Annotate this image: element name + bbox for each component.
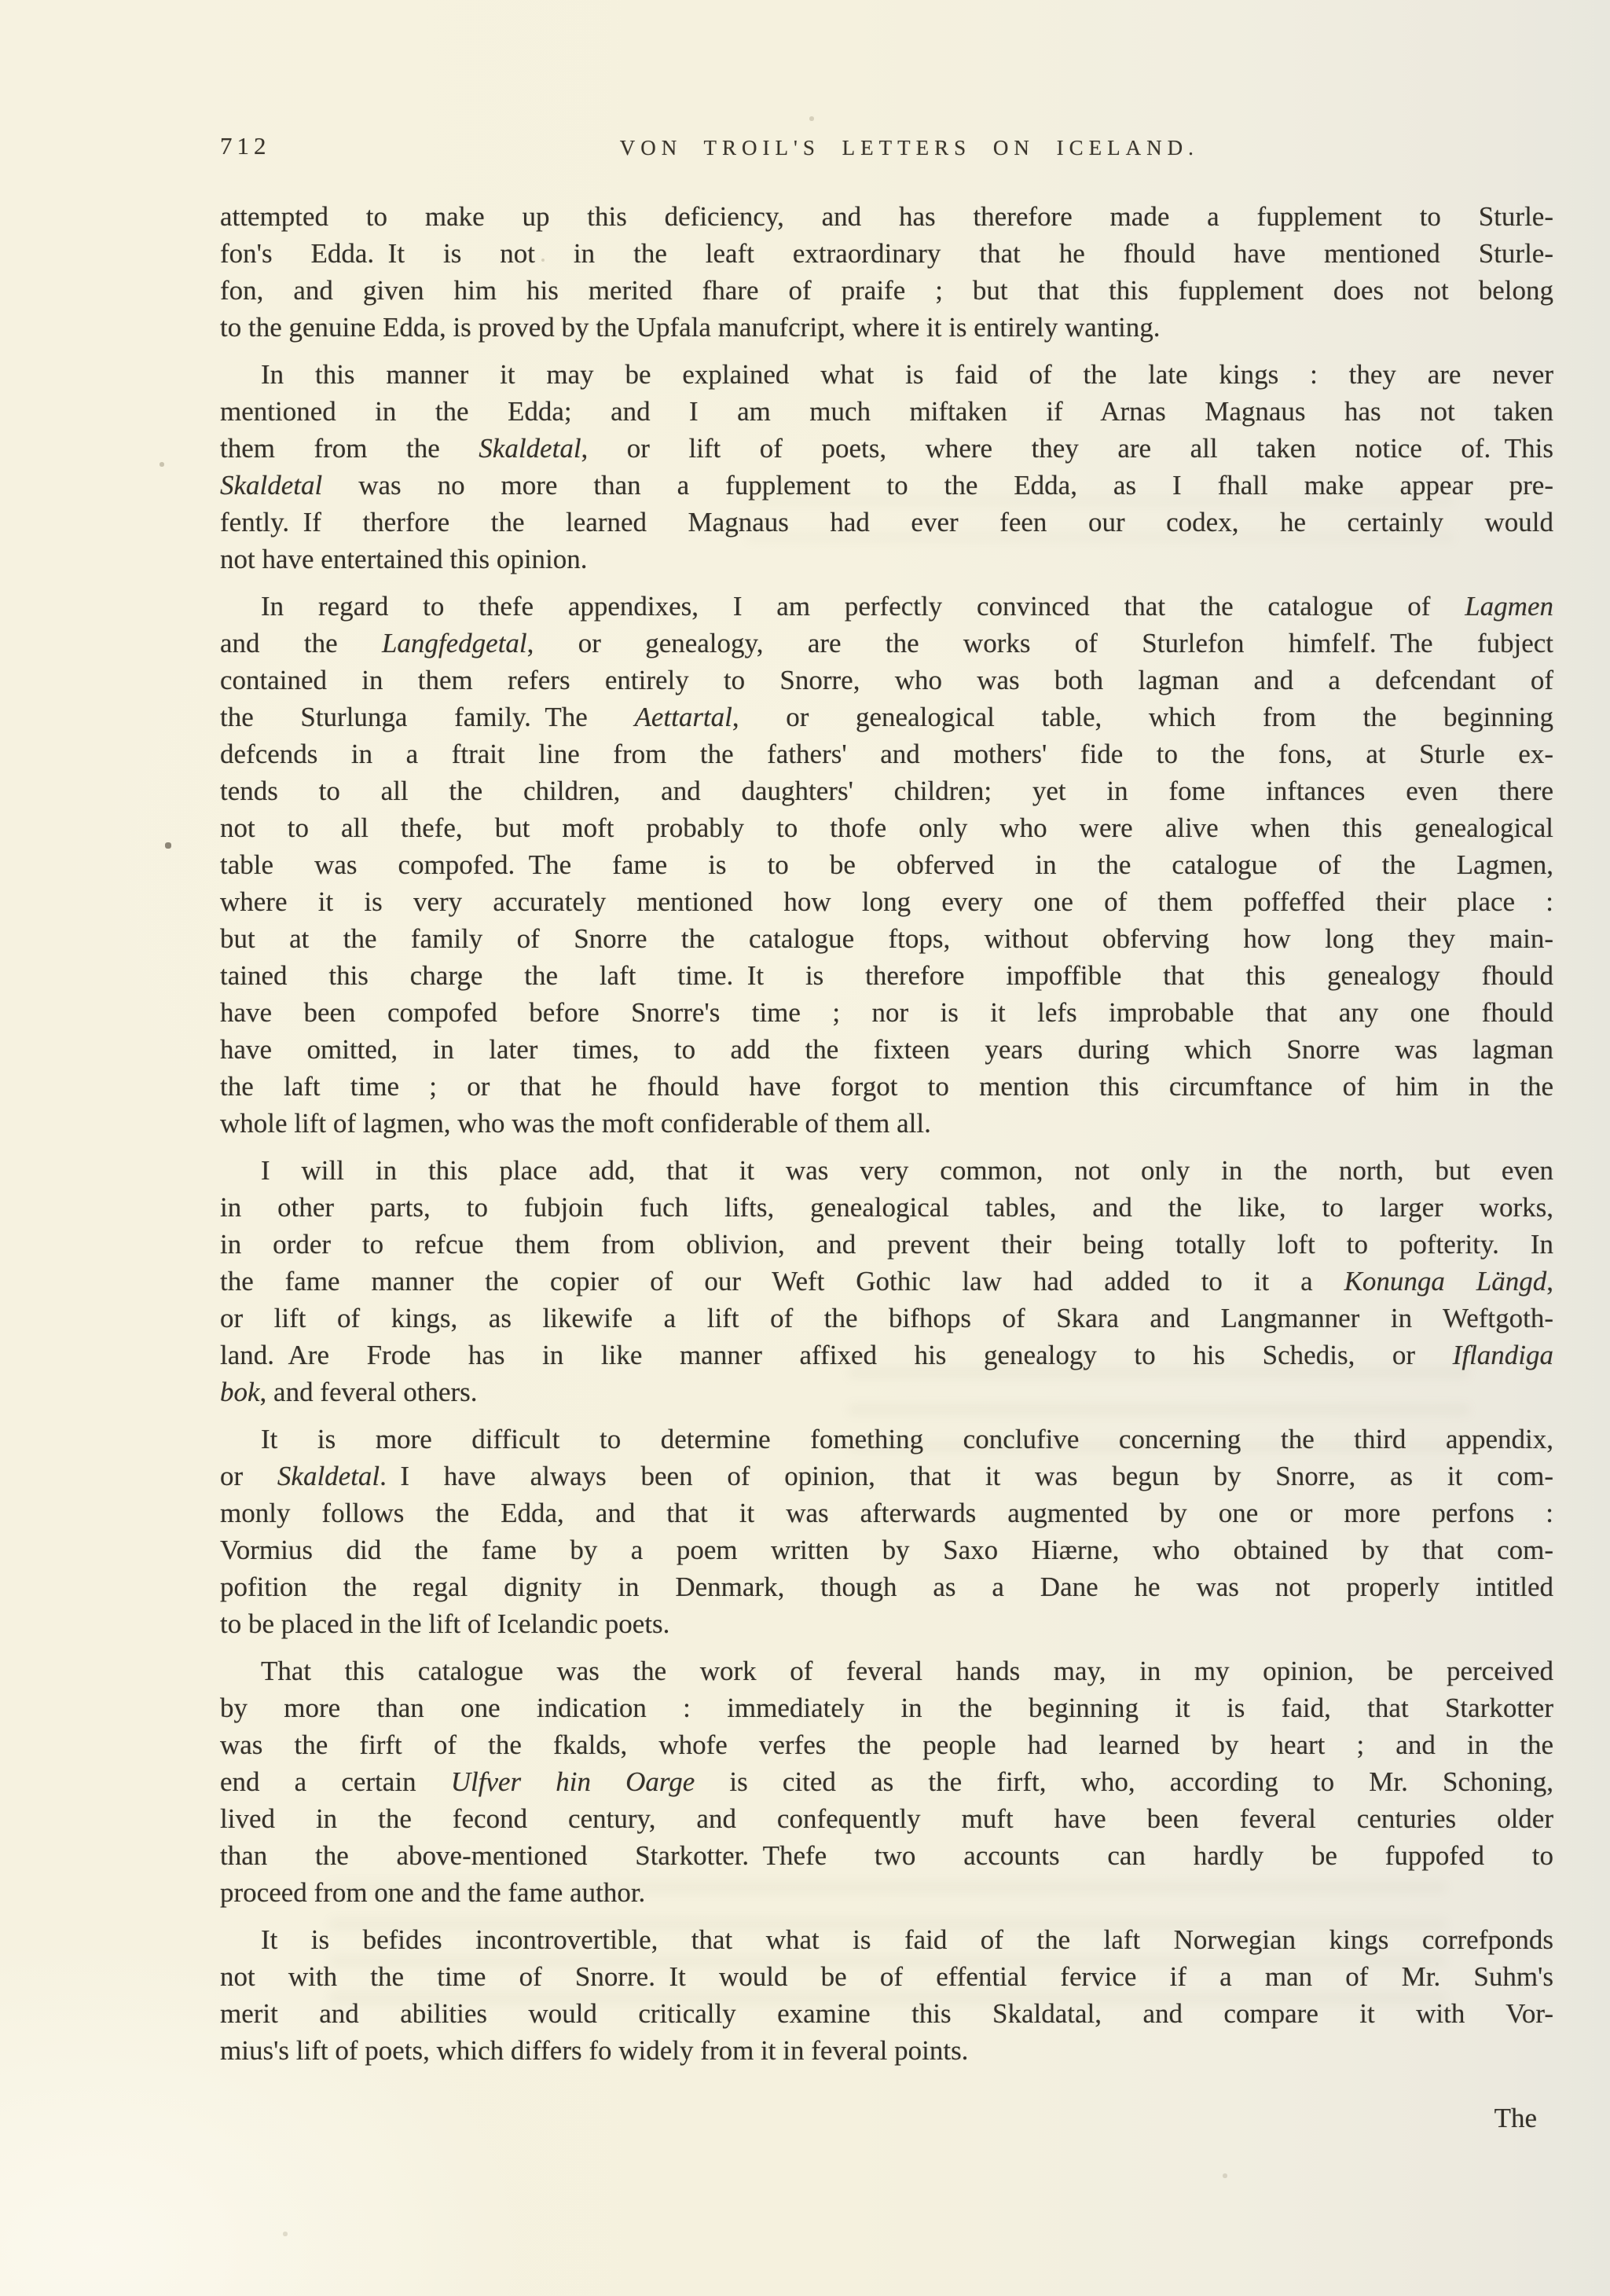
text-line: whole lift of lagmen, who was the moft c…: [220, 1105, 1553, 1142]
text-segment: where it is very accurately mentioned ho…: [220, 886, 1553, 917]
text-segment: contained in them refers entirely to Sno…: [220, 665, 1553, 695]
text-segment: to the genuine Edda, is proved by the Up…: [220, 312, 1160, 343]
text-segment: It is befides incontrovertible, that wha…: [261, 1924, 1553, 1955]
text-line: have omitted, in later times, to add the…: [220, 1031, 1553, 1068]
text-segment: , and feveral others.: [260, 1377, 478, 1407]
text-segment: mius's lift of poets, which differs fo w…: [220, 2035, 968, 2066]
paragraph: It is befides incontrovertible, that wha…: [220, 1921, 1553, 2069]
text-segment: , or genealogy, are the works of Sturlef…: [527, 628, 1553, 658]
text-line: in other parts, to fubjoin fuch lifts, g…: [220, 1189, 1553, 1226]
text-line: to the genuine Edda, is proved by the Up…: [220, 309, 1553, 346]
text-segment: the Sturlunga family. The: [220, 702, 634, 732]
text-segment: defcends in a ftrait line from the fathe…: [220, 739, 1553, 769]
text-segment: fon, and given him his merited fhare of …: [220, 275, 1553, 306]
text-segment: end a certain: [220, 1766, 451, 1797]
italic-text-segment: Skaldetal: [277, 1461, 380, 1491]
text-line: than the above-mentioned Starkotter. The…: [220, 1837, 1553, 1874]
text-line: I will in this place add, that it was ve…: [220, 1152, 1553, 1189]
book-page-scan: 712 VON TROIL'S LETTERS ON ICELAND. atte…: [0, 0, 1610, 2296]
text-segment: the fame manner the copier of our Weft G…: [220, 1266, 1344, 1297]
paragraph: That this catalogue was the work of feve…: [220, 1652, 1553, 1911]
text-segment: or: [220, 1461, 277, 1491]
text-line: them from the Skaldetal, or lift of poet…: [220, 430, 1553, 467]
text-block: attempted to make up this deficiency, an…: [220, 198, 1553, 2069]
text-segment: have been compofed before Snorre's time …: [220, 997, 1553, 1028]
text-segment: but at the family of Snorre the catalogu…: [220, 923, 1553, 954]
text-line: the laft time ; or that he fhould have f…: [220, 1068, 1553, 1105]
text-segment: in other parts, to fubjoin fuch lifts, g…: [220, 1192, 1553, 1223]
text-segment: I will in this place add, that it was ve…: [261, 1155, 1553, 1186]
text-line: monly follows the Edda, and that it was …: [220, 1495, 1553, 1531]
catchword: The: [1494, 2103, 1537, 2134]
italic-text-segment: Iflandiga: [1453, 1340, 1553, 1370]
paragraph: In this manner it may be explained what …: [220, 356, 1553, 578]
text-segment: proceed from one and the fame author.: [220, 1877, 645, 1908]
paragraph: I will in this place add, that it was ve…: [220, 1152, 1553, 1410]
text-segment: by more than one indication : immediatel…: [220, 1693, 1553, 1723]
text-segment: In regard to thefe appendixes, I am perf…: [261, 591, 1465, 622]
text-line: or lift of kings, as likewife a lift of …: [220, 1300, 1553, 1337]
paragraph: It is more difficult to determine fometh…: [220, 1421, 1553, 1642]
text-line: to be placed in the lift of Icelandic po…: [220, 1605, 1553, 1642]
italic-text-segment: Skaldetal: [479, 433, 581, 464]
text-line: lived in the fecond century, and confequ…: [220, 1800, 1553, 1837]
italic-text-segment: bok: [220, 1377, 260, 1407]
text-segment: not to all thefe, but moft probably to t…: [220, 812, 1553, 843]
text-segment: . I have always been of opinion, that it…: [380, 1461, 1553, 1491]
text-line: in order to refcue them from oblivion, a…: [220, 1226, 1553, 1263]
text-segment: monly follows the Edda, and that it was …: [220, 1498, 1553, 1528]
text-line: In regard to thefe appendixes, I am perf…: [220, 588, 1553, 625]
text-segment: fon's Edda. It is not in the leaft extra…: [220, 238, 1553, 269]
text-segment: was the firft of the fkalds, whofe verfe…: [220, 1729, 1553, 1760]
text-line: have been compofed before Snorre's time …: [220, 994, 1553, 1031]
italic-text-segment: Lagmen: [1465, 591, 1553, 622]
text-line: In this manner it may be explained what …: [220, 356, 1553, 393]
text-line: fently. If therfore the learned Magnaus …: [220, 504, 1553, 541]
text-line: proceed from one and the fame author.: [220, 1874, 1553, 1911]
italic-text-segment: Ulfver hin Oarge: [451, 1766, 695, 1797]
text-line: attempted to make up this deficiency, an…: [220, 198, 1553, 235]
text-line: land. Are Frode has in like manner affix…: [220, 1337, 1553, 1374]
text-segment: in order to refcue them from oblivion, a…: [220, 1229, 1553, 1260]
italic-text-segment: Skaldetal: [220, 470, 322, 501]
text-segment: ,: [1546, 1266, 1553, 1297]
text-segment: lived in the fecond century, and confequ…: [220, 1803, 1553, 1834]
page-number: 712: [220, 132, 271, 160]
text-segment: merit and abilities would critically exa…: [220, 1998, 1553, 2029]
text-segment: land. Are Frode has in like manner affix…: [220, 1340, 1453, 1370]
text-segment: It is more difficult to determine fometh…: [261, 1424, 1553, 1454]
text-segment: and the: [220, 628, 382, 658]
text-segment: tained this charge the laft time. It is …: [220, 960, 1553, 991]
text-segment: attempted to make up this deficiency, an…: [220, 201, 1553, 232]
text-line: mentioned in the Edda; and I am much mif…: [220, 393, 1553, 430]
text-line: not with the time of Snorre. It would be…: [220, 1958, 1553, 1995]
italic-text-segment: Aettartal: [634, 702, 732, 732]
text-line: and the Langfedgetal, or genealogy, are …: [220, 625, 1553, 662]
text-line: Skaldetal was no more than a fupplement …: [220, 467, 1553, 504]
text-line: mius's lift of poets, which differs fo w…: [220, 2032, 1553, 2069]
text-line: bok, and feveral others.: [220, 1374, 1553, 1410]
text-segment: tends to all the children, and daughters…: [220, 776, 1553, 806]
text-line: or Skaldetal. I have always been of opin…: [220, 1458, 1553, 1495]
text-line: table was compofed. The fame is to be ob…: [220, 846, 1553, 883]
text-segment: table was compofed. The fame is to be ob…: [220, 849, 1553, 880]
text-segment: not with the time of Snorre. It would be…: [220, 1961, 1553, 1992]
paragraph: In regard to thefe appendixes, I am perf…: [220, 588, 1553, 1142]
text-segment: That this catalogue was the work of feve…: [261, 1656, 1553, 1686]
text-line: fon, and given him his merited fhare of …: [220, 272, 1553, 309]
text-segment: mentioned in the Edda; and I am much mif…: [220, 396, 1553, 427]
text-segment: than the above-mentioned Starkotter. The…: [220, 1840, 1553, 1871]
page-header: 712 VON TROIL'S LETTERS ON ICELAND.: [220, 132, 1553, 176]
text-segment: was no more than a fupplement to the Edd…: [322, 470, 1553, 501]
text-line: merit and abilities would critically exa…: [220, 1995, 1553, 2032]
text-line: contained in them refers entirely to Sno…: [220, 662, 1553, 699]
text-segment: , or lift of poets, where they are all t…: [581, 433, 1553, 464]
text-segment: have omitted, in later times, to add the…: [220, 1034, 1553, 1065]
ink-speck: [0, 0, 2, 2]
text-line: tends to all the children, and daughters…: [220, 772, 1553, 809]
text-line: It is more difficult to determine fometh…: [220, 1421, 1553, 1458]
text-segment: not have entertained this opinion.: [220, 544, 588, 574]
text-segment: , or genealogical table, which from the …: [732, 702, 1553, 732]
text-line: It is befides incontrovertible, that wha…: [220, 1921, 1553, 1958]
text-line: but at the family of Snorre the catalogu…: [220, 920, 1553, 957]
text-line: defcends in a ftrait line from the fathe…: [220, 735, 1553, 772]
text-segment: whole lift of lagmen, who was the moft c…: [220, 1108, 931, 1139]
text-line: end a certain Ulfver hin Oarge is cited …: [220, 1763, 1553, 1800]
text-line: where it is very accurately mentioned ho…: [220, 883, 1553, 920]
text-line: fon's Edda. It is not in the leaft extra…: [220, 235, 1553, 272]
text-line: by more than one indication : immediatel…: [220, 1689, 1553, 1726]
text-segment: the laft time ; or that he fhould have f…: [220, 1071, 1553, 1102]
text-segment: Vormius did the fame by a poem written b…: [220, 1535, 1553, 1565]
text-segment: them from the: [220, 433, 479, 464]
text-line: pofition the regal dignity in Denmark, t…: [220, 1568, 1553, 1605]
italic-text-segment: Konunga Längd: [1344, 1266, 1547, 1297]
text-segment: pofition the regal dignity in Denmark, t…: [220, 1572, 1553, 1602]
text-segment: or lift of kings, as likewife a lift of …: [220, 1303, 1553, 1333]
text-line: the fame manner the copier of our Weft G…: [220, 1263, 1553, 1300]
text-line: That this catalogue was the work of feve…: [220, 1652, 1553, 1689]
text-segment: In this manner it may be explained what …: [261, 359, 1553, 390]
text-line: was the firft of the fkalds, whofe verfe…: [220, 1726, 1553, 1763]
italic-text-segment: Langfedgetal: [382, 628, 527, 658]
text-line: tained this charge the laft time. It is …: [220, 957, 1553, 994]
paragraph: attempted to make up this deficiency, an…: [220, 198, 1553, 346]
text-line: not to all thefe, but moft probably to t…: [220, 809, 1553, 846]
text-line: Vormius did the fame by a poem written b…: [220, 1531, 1553, 1568]
text-segment: is cited as the firft, who, according to…: [695, 1766, 1553, 1797]
text-line: the Sturlunga family. The Aettartal, or …: [220, 699, 1553, 735]
text-segment: fently. If therfore the learned Magnaus …: [220, 507, 1553, 537]
running-title: VON TROIL'S LETTERS ON ICELAND.: [620, 136, 1199, 160]
text-segment: to be placed in the lift of Icelandic po…: [220, 1608, 669, 1639]
text-line: not have entertained this opinion.: [220, 541, 1553, 578]
